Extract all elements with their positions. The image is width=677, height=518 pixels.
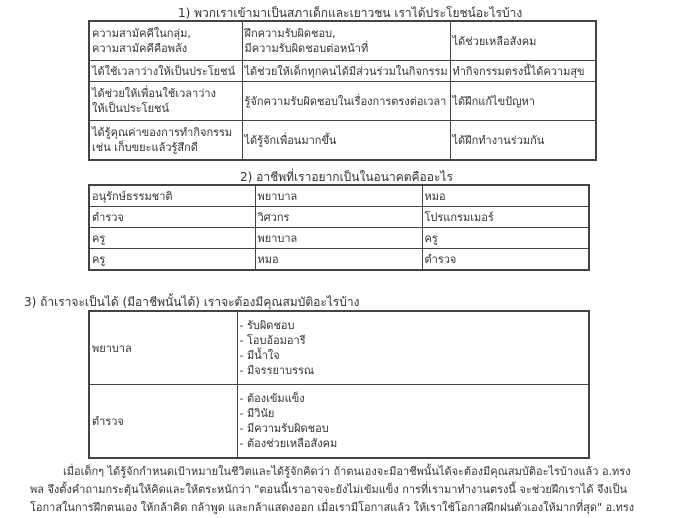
table-row: ครู พยาบาล ครู	[89, 228, 589, 249]
table-cell: ได้รู้คุณค่าของการทำกิจกรรมเช่น เก็บขยะแ…	[89, 121, 242, 161]
table-cell: หมอ	[255, 249, 422, 271]
table-row: ครู หมอ ตำรวจ	[89, 249, 589, 271]
table-row: ได้รู้คุณค่าของการทำกิจกรรมเช่น เก็บขยะแ…	[89, 121, 596, 161]
qualifications-table: พยาบาล - รับผิดชอบ - โอบอ้อมอารี - มีน้ำ…	[88, 310, 590, 459]
table-cell: ได้ช่วยให้เด็กทุกคนได้มีส่วนร่วมในกิจกรร…	[242, 61, 450, 82]
qualities-cell: - รับผิดชอบ - โอบอ้อมอารี - มีน้ำใจ - มี…	[237, 311, 589, 385]
table-cell: ฝึกความรับผิดชอบ,มีความรับผิดชอบต่อหน้าท…	[242, 21, 450, 61]
table-cell: พยาบาล	[255, 185, 422, 207]
table-cell: ได้รู้จักเพื่อนมากขึ้น	[242, 121, 450, 161]
table-row: ความสามัคคีในกลุ่ม,ความสามัคคีคือพลัง ฝึ…	[89, 21, 596, 61]
table-row: อนุรักษ์ธรรมชาติ พยาบาล หมอ	[89, 185, 589, 207]
table-row: ตำรวจ วิศวกร โปรแกรมเมอร์	[89, 207, 589, 228]
table-cell: อนุรักษ์ธรรมชาติ	[89, 185, 255, 207]
table-cell: ได้ใช้เวลาว่างให้เป็นประโยชน์	[89, 61, 242, 82]
table-cell: โปรแกรมเมอร์	[422, 207, 589, 228]
table-row: ได้ใช้เวลาว่างให้เป็นประโยชน์ ได้ช่วยให้…	[89, 61, 596, 82]
table-row: พยาบาล - รับผิดชอบ - โอบอ้อมอารี - มีน้ำ…	[89, 311, 589, 385]
table-cell: ครู	[89, 249, 255, 271]
table-cell: ตำรวจ	[422, 249, 589, 271]
table-row: ได้ช่วยให้เพื่อนใช้เวลาว่างให้เป็นประโยช…	[89, 82, 596, 121]
table-cell: ครู	[89, 228, 255, 249]
table-cell: ความสามัคคีในกลุ่ม,ความสามัคคีคือพลัง	[89, 21, 242, 61]
table-row: ตำรวจ - ต้องเข้มแข็ง - มีวินัย - มีความร…	[89, 385, 589, 459]
careers-table: อนุรักษ์ธรรมชาติ พยาบาล หมอ ตำรวจ วิศวกร…	[88, 184, 590, 271]
table-cell: ได้ฝึกทำงานร่วมกัน	[450, 121, 596, 161]
benefits-table: ความสามัคคีในกลุ่ม,ความสามัคคีคือพลัง ฝึ…	[88, 20, 597, 161]
table-cell: ได้ช่วยให้เพื่อนใช้เวลาว่างให้เป็นประโยช…	[89, 82, 242, 121]
table-cell: หมอ	[422, 185, 589, 207]
table-cell: ได้ฝึกแก้ไขปัญหา	[450, 82, 596, 121]
paragraph-line: พล จึงตั้งคำถามกระตุ้นให้คิดและให้ตระหนั…	[30, 481, 660, 499]
table-cell: พยาบาล	[255, 228, 422, 249]
body-paragraph: เมื่อเด็กๆ ได้รู้จักกำหนดเป้าหมายในชีวิต…	[30, 463, 660, 517]
paragraph-line: โอกาสในการฝึกตนเอง ให้กล้าคิด กล้าพูด แล…	[30, 499, 660, 517]
table-cell: รู้จักความรับผิดชอบในเรื่องการตรงต่อเวลา	[242, 82, 450, 121]
table-cell: ตำรวจ	[89, 207, 255, 228]
table-cell: วิศวกร	[255, 207, 422, 228]
table-cell: ได้ช่วยเหลือสังคม	[450, 21, 596, 61]
table-cell: ทำกิจกรรมตรงนี้ได้ความสุข	[450, 61, 596, 82]
qualities-cell: - ต้องเข้มแข็ง - มีวินัย - มีความรับผิดช…	[237, 385, 589, 459]
paragraph-line: เมื่อเด็กๆ ได้รู้จักกำหนดเป้าหมายในชีวิต…	[30, 463, 660, 481]
table-cell: ครู	[422, 228, 589, 249]
career-cell: พยาบาล	[89, 311, 237, 385]
career-cell: ตำรวจ	[89, 385, 237, 459]
